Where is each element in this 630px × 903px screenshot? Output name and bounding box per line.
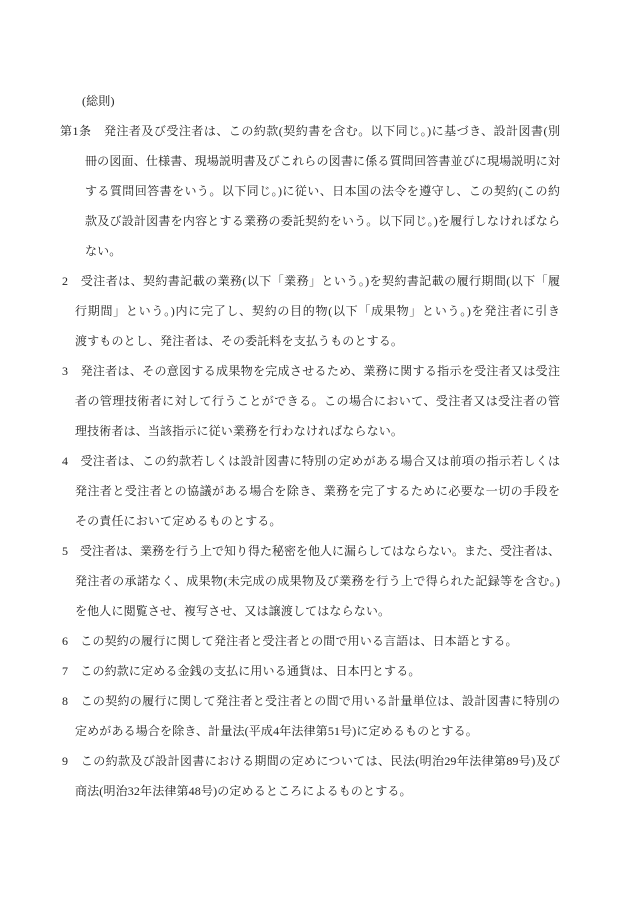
contract-text-block: (総則) 第1条 発注者及び受注者は、この約款(契約書を含む。以下同じ。)に基づ… [60, 86, 560, 806]
paragraph2-line: 渡すものとし、発注者は、その委託料を支払うものとする。 [60, 326, 560, 356]
paragraph6-line: 6 この契約の履行に関して発注者と受注者との間で用いる言語は、日本語とする。 [60, 626, 560, 656]
paragraph2-line: 行期間」という。)内に完了し、契約の目的物(以下「成果物」という。)を発注者に引… [60, 296, 560, 326]
paragraph3-line: 3 発注者は、その意図する成果物を完成させるため、業務に関する指示を受注者又は受… [60, 356, 560, 386]
article1-line: 冊の図面、仕様書、現場説明書及びこれらの図書に係る質問回答書並びに現場説明に対 [60, 146, 560, 176]
section-heading: (総則) [60, 86, 560, 116]
paragraph5-line: を他人に閲覧させ、複写させ、又は譲渡してはならない。 [60, 596, 560, 626]
paragraph4-line: その責任において定めるものとする。 [60, 506, 560, 536]
paragraph5-line: 5 受注者は、業務を行う上で知り得た秘密を他人に漏らしてはならない。また、受注者… [60, 536, 560, 566]
article1-line: 第1条 発注者及び受注者は、この約款(契約書を含む。以下同じ。)に基づき、設計図… [60, 116, 560, 146]
article1-line: 款及び設計図書を内容とする業務の委託契約をいう。以下同じ。)を履行しなければなら [60, 206, 560, 236]
paragraph8-line: 定めがある場合を除き、計量法(平成4年法律第51号)に定めるものとする。 [60, 716, 560, 746]
document-page: (総則) 第1条 発注者及び受注者は、この約款(契約書を含む。以下同じ。)に基づ… [0, 0, 630, 903]
paragraph7-line: 7 この約款に定める金銭の支払に用いる通貨は、日本円とする。 [60, 656, 560, 686]
paragraph3-line: 者の管理技術者に対して行うことができる。この場合において、受注者又は受注者の管 [60, 386, 560, 416]
paragraph4-line: 4 受注者は、この約款若しくは設計図書に特別の定めがある場合又は前項の指示若しく… [60, 446, 560, 476]
article1-line: ない。 [60, 236, 560, 266]
paragraph9-line: 9 この約款及び設計図書における期間の定めについては、民法(明治29年法律第89… [60, 746, 560, 776]
paragraph2-line: 2 受注者は、契約書記載の業務(以下「業務」という。)を契約書記載の履行期間(以… [60, 266, 560, 296]
paragraph4-line: 発注者と受注者との協議がある場合を除き、業務を完了するために必要な一切の手段を [60, 476, 560, 506]
article1-line: する質問回答書をいう。以下同じ。)に従い、日本国の法令を遵守し、この契約(この約 [60, 176, 560, 206]
paragraph5-line: 発注者の承諾なく、成果物(未完成の成果物及び業務を行う上で得られた記録等を含む。… [60, 566, 560, 596]
paragraph3-line: 理技術者は、当該指示に従い業務を行わなければならない。 [60, 416, 560, 446]
paragraph9-line: 商法(明治32年法律第48号)の定めるところによるものとする。 [60, 776, 560, 806]
paragraph8-line: 8 この契約の履行に関して発注者と受注者との間で用いる計量単位は、設計図書に特別… [60, 686, 560, 716]
